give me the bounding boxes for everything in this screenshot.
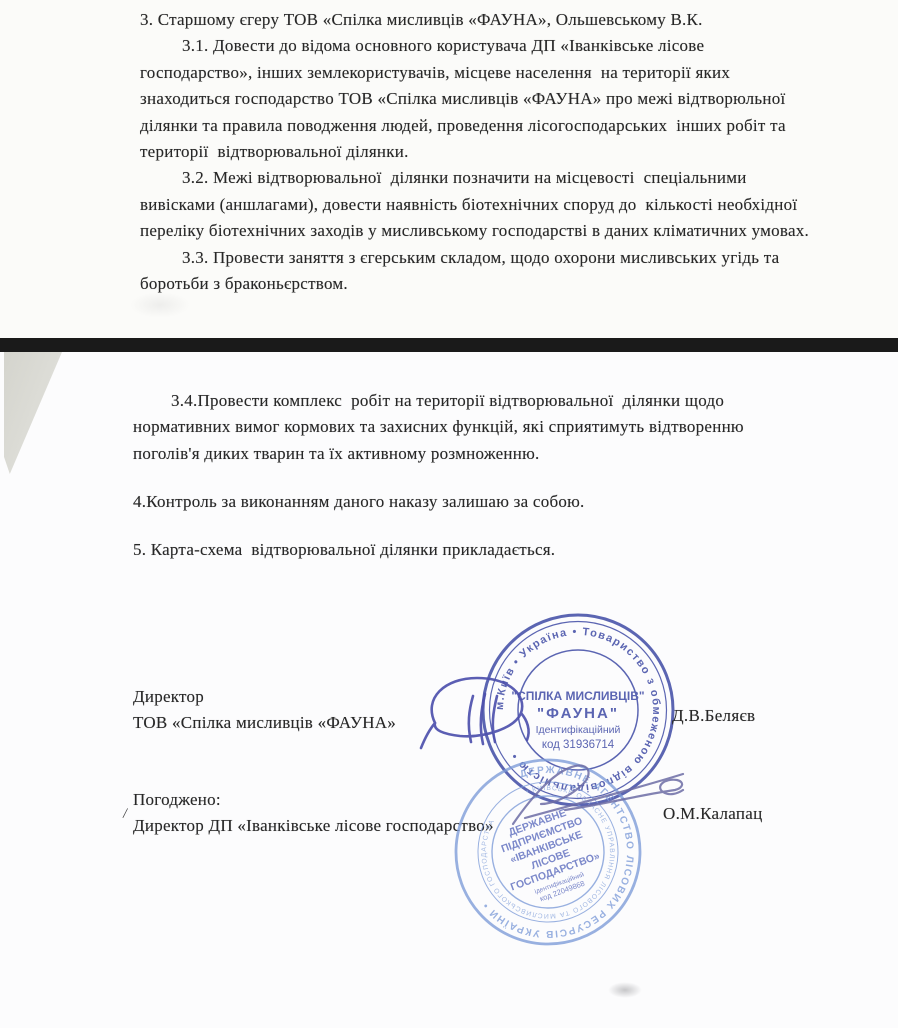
document-line: боротьби з браконьєрством. <box>140 271 870 297</box>
document-line: переліку біотехнічних заходів у мисливсь… <box>140 218 870 244</box>
scan-smudge <box>130 292 190 318</box>
director-name: Д.В.Беляєв <box>672 705 755 727</box>
page-1: 3. Старшому єгеру ТОВ «Спілка мисливців … <box>0 0 898 338</box>
stamp-fauna-line: "ФАУНА" <box>537 705 619 722</box>
document-line: 3.3. Провести заняття з єгерським складо… <box>140 245 870 271</box>
stamp-id-code: код 31936714 <box>542 739 615 751</box>
document-line: 5. Карта-схема відтворювальної ділянки п… <box>133 537 870 563</box>
document-line: господарство», інших землекористувачів, … <box>140 60 870 86</box>
stamp-id-label: Ідентифікаційний <box>536 724 621 736</box>
agreed-signature <box>505 752 690 842</box>
document-line: 3.2. Межі відтворювальної ділянки познач… <box>140 165 870 191</box>
scan-divider-band <box>0 338 898 352</box>
document-line: 3.4.Провести комплекс робіт на території… <box>133 388 870 414</box>
scanned-document: 3. Старшому єгеру ТОВ «Спілка мисливців … <box>0 0 898 1028</box>
document-line: 4.Контроль за виконанням даного наказу з… <box>133 489 870 515</box>
director-signature <box>415 668 545 763</box>
document-line: знаходиться господарство ТОВ «Спілка мис… <box>140 86 870 112</box>
document-line: 3. Старшому єгеру ТОВ «Спілка мисливців … <box>140 7 870 33</box>
document-line: нормативних вимог кормових та захисних ф… <box>133 414 870 440</box>
agreed-name: О.М.Калапац <box>663 803 763 825</box>
scan-smudge <box>608 982 642 998</box>
document-line: поголів'я диких тварин та їх активному р… <box>133 441 870 467</box>
document-line: ділянки та правила поводження людей, про… <box>140 113 870 139</box>
document-line: 3.1. Довести до відома основного користу… <box>140 33 870 59</box>
document-line: вивісками (аншлагами), довести наявність… <box>140 192 870 218</box>
document-line: території відтворювальної ділянки. <box>140 139 870 165</box>
